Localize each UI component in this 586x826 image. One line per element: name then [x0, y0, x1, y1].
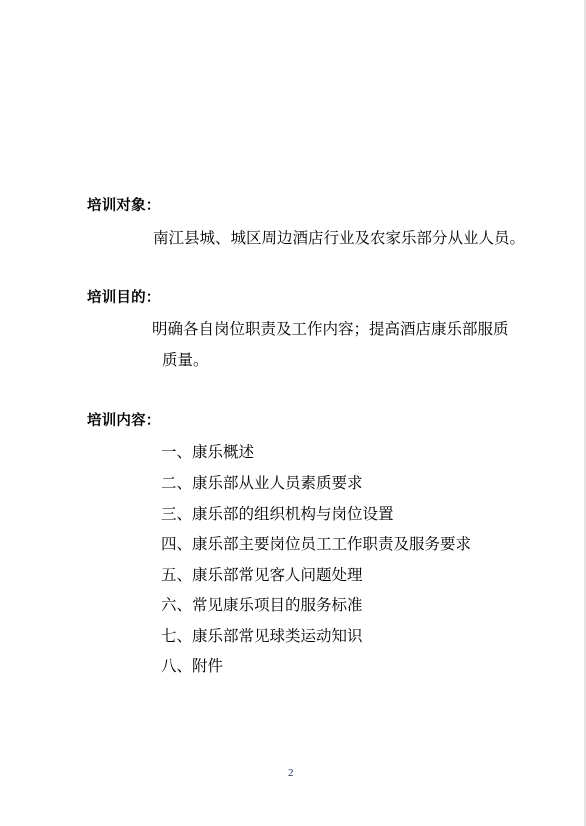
- content-list-item: 八、附件: [161, 657, 223, 675]
- content-list-item: 五、康乐部常见客人问题处理: [161, 566, 363, 584]
- content-list-item: 六、常见康乐项目的服务标准: [161, 596, 363, 614]
- content-list-item: 四、康乐部主要岗位员工工作职责及服务要求: [161, 535, 471, 553]
- content-list-item: 一、康乐概述: [161, 443, 254, 461]
- section-heading-training-purpose: 培训目的：: [87, 289, 161, 307]
- training-purpose-text-line-1: 明确各自岗位职责及工作内容；提高酒店康乐部服质: [152, 320, 509, 338]
- section-heading-training-target: 培训对象：: [87, 197, 161, 215]
- content-list-item: 七、康乐部常见球类运动知识: [161, 627, 363, 645]
- page-number: 2: [288, 767, 294, 779]
- section-heading-training-content: 培训内容：: [87, 412, 161, 430]
- training-purpose-text-line-2: 质量。: [162, 351, 209, 369]
- content-list-item: 三、康乐部的组织机构与岗位设置: [161, 505, 394, 523]
- content-list-item: 二、康乐部从业人员素质要求: [161, 474, 363, 492]
- training-target-text: 南江县城、城区周边酒店行业及农家乐部分从业人员。: [153, 229, 525, 247]
- document-page: 培训对象： 南江县城、城区周边酒店行业及农家乐部分从业人员。 培训目的： 明确各…: [0, 0, 586, 826]
